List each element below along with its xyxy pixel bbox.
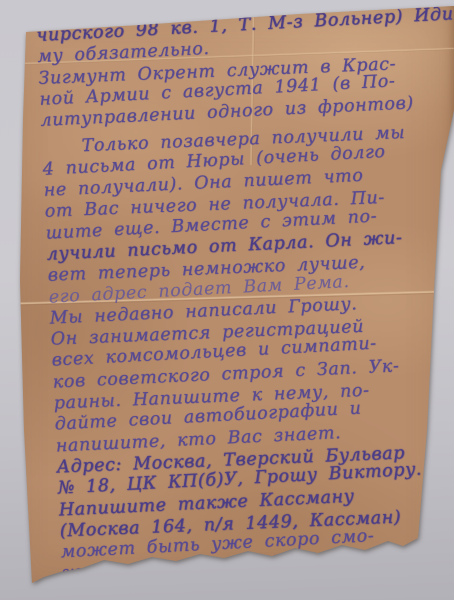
letter-paper: чирского 98 кв. 1, Т. М-з Вольнер) Иди к… bbox=[0, 0, 454, 600]
scan-background: чирского 98 кв. 1, Т. М-з Вольнер) Иди к… bbox=[0, 0, 454, 600]
letter-text: чирского 98 кв. 1, Т. М-з Вольнер) Иди к… bbox=[36, 6, 454, 585]
paper-sheet: чирского 98 кв. 1, Т. М-з Вольнер) Иди к… bbox=[0, 0, 454, 600]
